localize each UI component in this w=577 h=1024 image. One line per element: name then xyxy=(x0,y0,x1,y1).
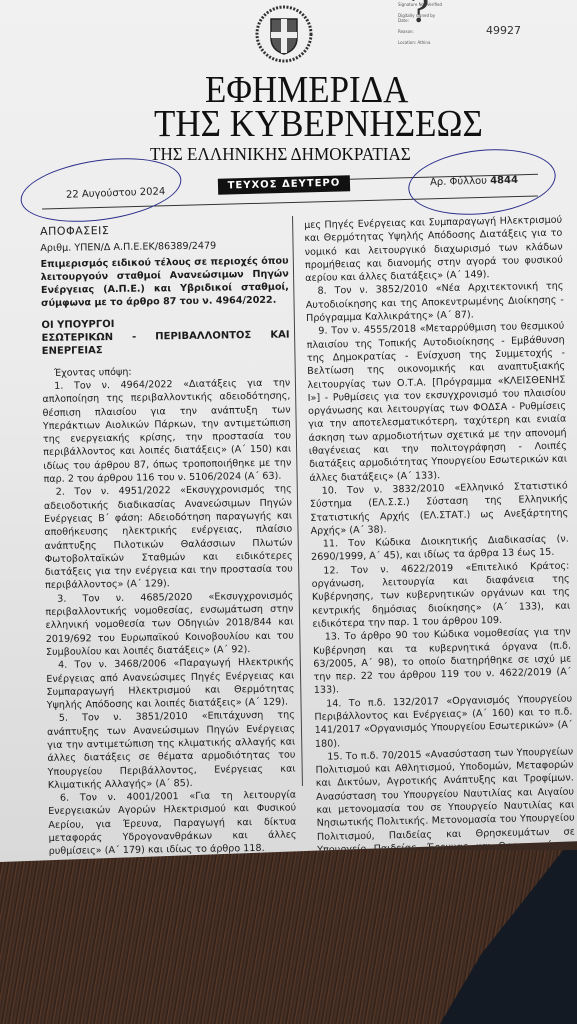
unverified-signature-icon: ? xyxy=(410,8,429,13)
gazette-title-line2: ΤΗΣ ΚΥΒΕΡΝΗΣΕΩΣ xyxy=(154,102,483,146)
pen-circle-sheet xyxy=(405,142,559,221)
issue-series-badge: ΤΕΥΧΟΣ ΔΕΥΤΕΡΟ xyxy=(218,175,350,194)
ministers-heading: ΟΙ ΥΠΟΥΡΓΟΙ ΕΣΩΤΕΡΙΚΩΝ - ΠΕΡΙΒΑΛΛΟΝΤΟΣ Κ… xyxy=(41,315,290,358)
left-column: ΑΠΟΦΑΣΕΙΣ Αριθμ. ΥΠΕΝ/Δ Α.Π.Ε.ΕΚ/86389/2… xyxy=(40,222,297,899)
gazette-page: ? Signature Not Verified Digitally signe… xyxy=(0,0,577,862)
pen-circle-date xyxy=(17,149,186,231)
gazette-subtitle: ΤΗΣ ΕΛΛΗΝΙΚΗΣ ΔΗΜΟΚΡΑΤΙΑΣ xyxy=(150,144,411,165)
preamble-item: 13. Το άρθρο 90 του Κώδικα νομοθεσίας γι… xyxy=(313,626,572,698)
preamble-item: 1. Τον ν. 4964/2022 «Διατάξεις για την α… xyxy=(42,376,291,486)
greek-coat-of-arms-icon xyxy=(254,4,314,64)
preamble-item: 14. Το π.δ. 132/2017 «Οργανισμός Υπουργε… xyxy=(314,692,573,751)
section-heading: ΑΠΟΦΑΣΕΙΣ xyxy=(40,222,288,239)
preamble-item: 12. Τον ν. 4622/2019 «Επιτελικό Κράτος: … xyxy=(311,559,570,631)
preamble-item: 4. Τον ν. 3468/2006 «Παραγωγή Ηλεκτρικής… xyxy=(46,656,295,713)
preamble-item: 2. Τον ν. 4951/2022 «Εκσυγχρονισμός της … xyxy=(44,483,293,593)
decision-subject: Επιμερισμός ειδικού τέλους σε περιοχές ό… xyxy=(40,254,289,311)
page-number: 49927 xyxy=(486,24,521,37)
preamble-item: 6. Τον ν. 4001/2001 «Για τη λειτουργία Ε… xyxy=(48,789,297,859)
preamble-item: 3. Τον ν. 4685/2020 «Εκσυγχρονισμός περι… xyxy=(45,589,294,659)
preamble-item: 10. Τον ν. 3832/2010 «Ελληνικό Στατιστικ… xyxy=(310,479,569,538)
preamble-item: 9. Τον ν. 4555/2018 «Μεταρρύθμιση του θε… xyxy=(306,320,567,485)
right-column: μες Πηγές Ενέργειας και Συμπαραγωγή Ηλεκ… xyxy=(304,214,576,884)
digital-signature-stamp: ? Signature Not Verified Digitally signe… xyxy=(398,2,458,48)
preamble-continuation: μες Πηγές Ενέργειας και Συμπαραγωγή Ηλεκ… xyxy=(304,214,563,286)
decision-reference: Αριθμ. ΥΠΕΝ/Δ Α.Π.Ε.ΕΚ/86389/2479 xyxy=(40,239,288,256)
preamble-item: 5. Τον ν. 3851/2010 «Επιτάχυνση της ανάπ… xyxy=(47,709,296,792)
preamble-item: 8. Τον ν. 3852/2010 «Νέα Αρχιτεκτονική τ… xyxy=(305,280,564,325)
